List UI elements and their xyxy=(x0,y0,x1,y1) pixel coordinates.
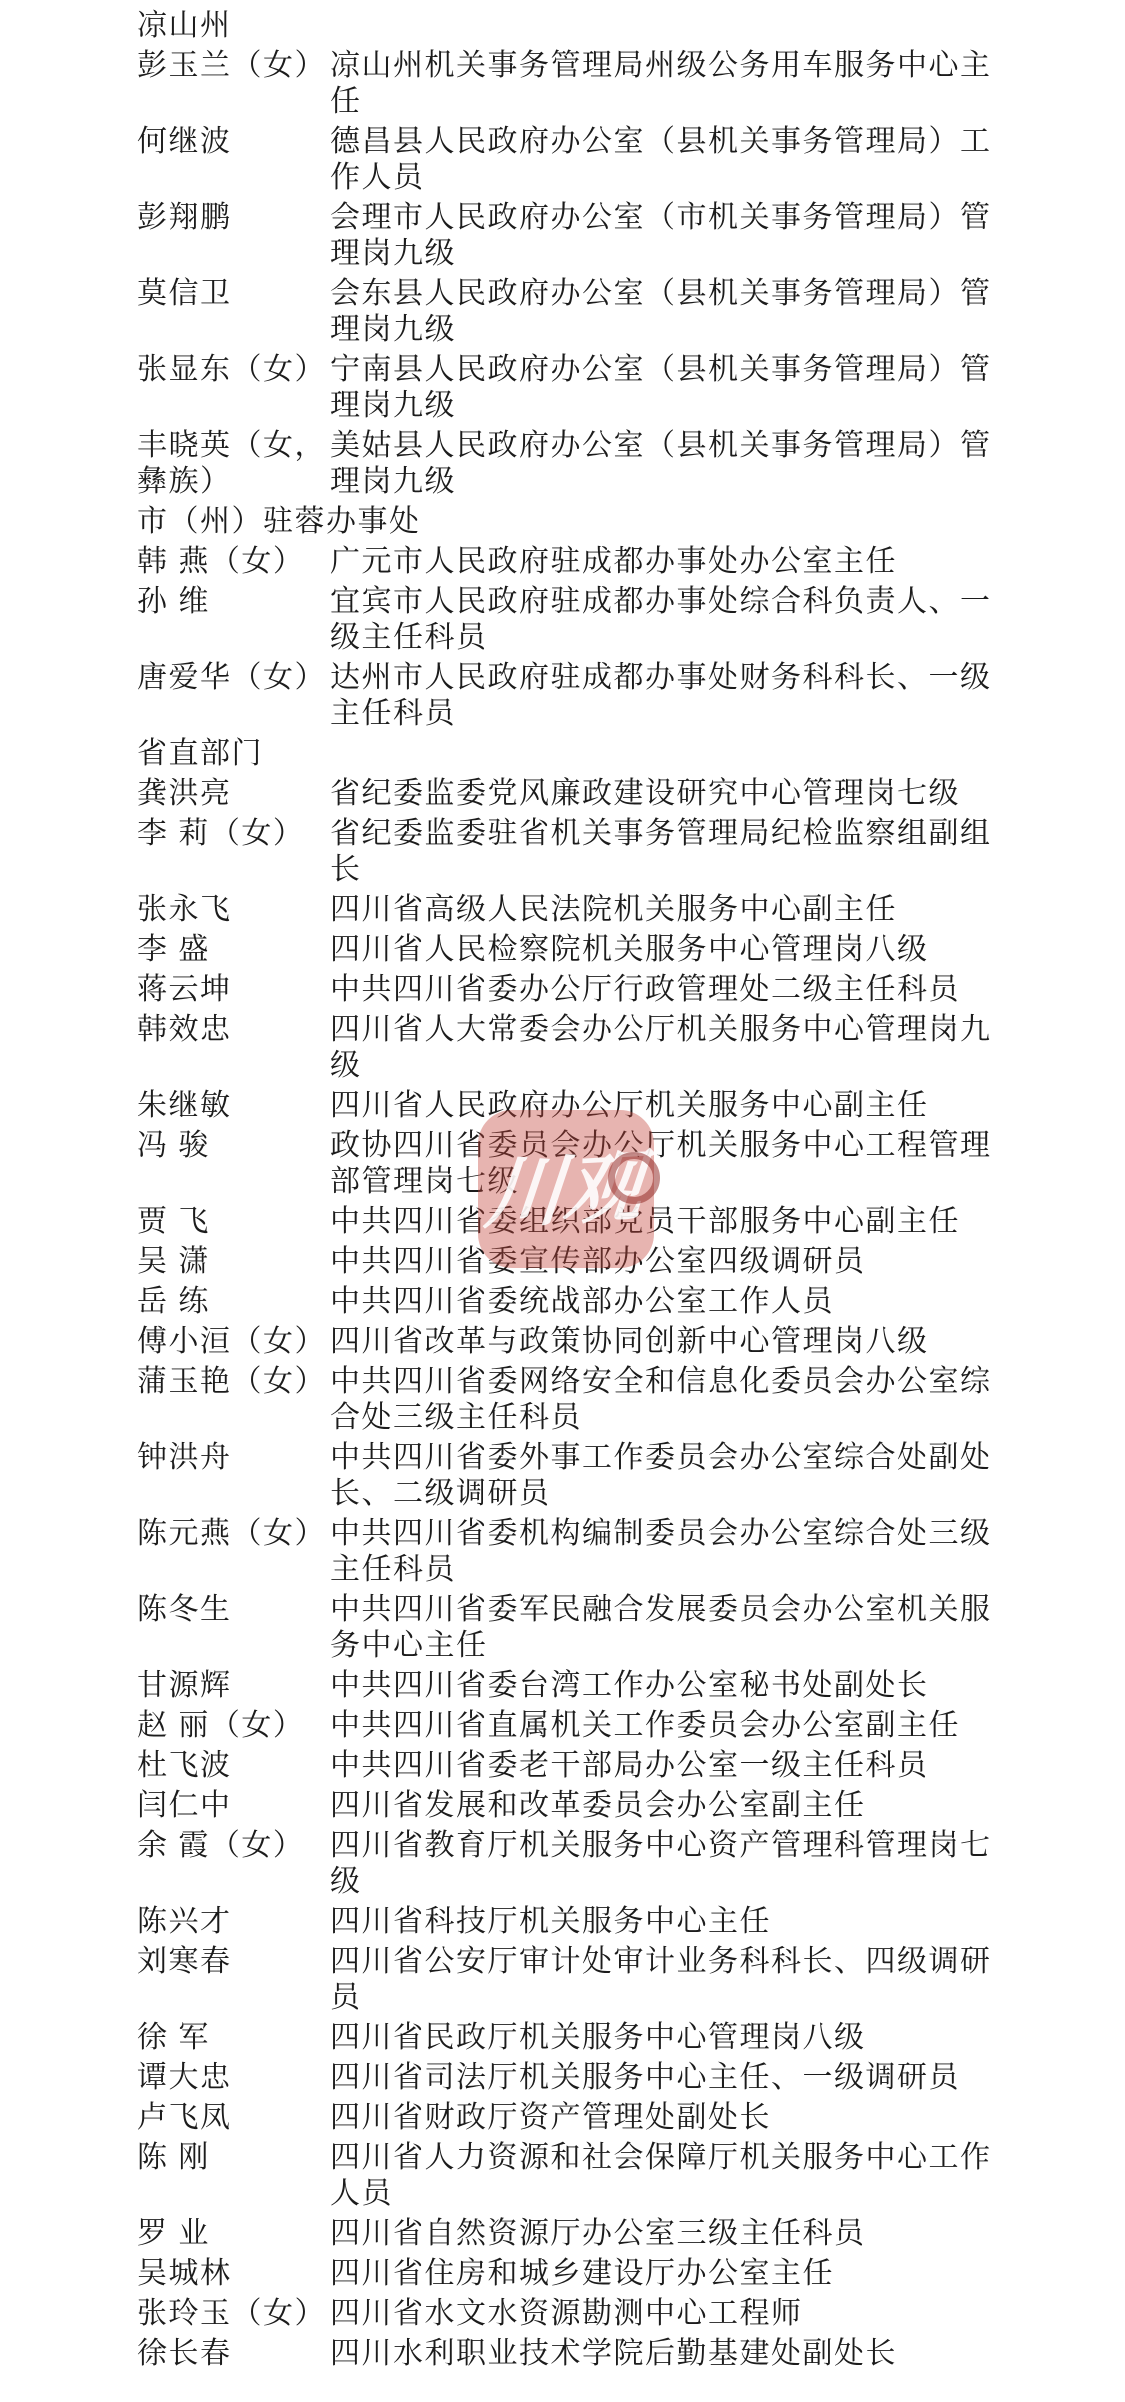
person-name: 何继波 xyxy=(137,124,330,160)
personnel-row: 贾 飞 中共四川省委组织部党员干部服务中心副主任 xyxy=(137,1204,1125,1240)
person-position: 中共四川省委网络安全和信息化委员会办公室综合处三级主任科员 xyxy=(330,1364,1010,1436)
person-name: 卢飞凤 xyxy=(137,2100,330,2136)
person-position: 省纪委监委驻省机关事务管理局纪检监察组副组长 xyxy=(330,816,1010,888)
person-name: 彭翔鹏 xyxy=(137,200,330,236)
personnel-row: 李 莉（女） 省纪委监委驻省机关事务管理局纪检监察组副组长 xyxy=(137,816,1125,888)
person-name: 徐 军 xyxy=(137,2020,330,2056)
person-position: 四川省自然资源厅办公室三级主任科员 xyxy=(330,2216,1010,2252)
person-name: 罗 业 xyxy=(137,2216,330,2252)
personnel-row: 韩 燕（女） 广元市人民政府驻成都办事处办公室主任 xyxy=(137,544,1125,580)
person-name: 岳 练 xyxy=(137,1284,330,1320)
person-name: 龚洪亮 xyxy=(137,776,330,812)
person-position: 中共四川省委宣传部办公室四级调研员 xyxy=(330,1244,1010,1280)
person-name: 韩效忠 xyxy=(137,1012,330,1048)
person-position: 四川省发展和改革委员会办公室副主任 xyxy=(330,1788,1010,1824)
person-name: 钟洪舟 xyxy=(137,1440,330,1476)
personnel-row: 孙 维 宜宾市人民政府驻成都办事处综合科负责人、一级主任科员 xyxy=(137,584,1125,656)
person-position: 中共四川省委外事工作委员会办公室综合处副处长、二级调研员 xyxy=(330,1440,1010,1512)
person-name: 冯 骏 xyxy=(137,1128,330,1164)
personnel-row: 陈兴才 四川省科技厅机关服务中心主任 xyxy=(137,1904,1125,1940)
personnel-row: 闫仁中 四川省发展和改革委员会办公室副主任 xyxy=(137,1788,1125,1824)
person-name: 蒋云坤 xyxy=(137,972,330,1008)
person-position: 会东县人民政府办公室（县机关事务管理局）管理岗九级 xyxy=(330,276,1010,348)
person-position: 中共四川省委组织部党员干部服务中心副主任 xyxy=(330,1204,1010,1240)
person-position: 四川省民政厅机关服务中心管理岗八级 xyxy=(330,2020,1010,2056)
personnel-row: 冯 骏 政协四川省委员会办公厅机关服务中心工程管理部管理岗七级 xyxy=(137,1128,1125,1200)
personnel-row: 何继波 德昌县人民政府办公室（县机关事务管理局）工作人员 xyxy=(137,124,1125,196)
personnel-row: 莫信卫 会东县人民政府办公室（县机关事务管理局）管理岗九级 xyxy=(137,276,1125,348)
person-name: 陈 刚 xyxy=(137,2140,330,2176)
personnel-row: 张永飞 四川省高级人民法院机关服务中心副主任 xyxy=(137,892,1125,928)
person-position: 四川省司法厅机关服务中心主任、一级调研员 xyxy=(330,2060,1010,2096)
person-position: 达州市人民政府驻成都办事处财务科科长、一级主任科员 xyxy=(330,660,1010,732)
person-position: 中共四川省委老干部局办公室一级主任科员 xyxy=(330,1748,1010,1784)
person-position: 中共四川省直属机关工作委员会办公室副主任 xyxy=(330,1708,1010,1744)
person-position: 四川省住房和城乡建设厅办公室主任 xyxy=(330,2256,1010,2292)
section-header: 市（州）驻蓉办事处 xyxy=(137,504,1125,540)
person-position: 中共四川省委军民融合发展委员会办公室机关服务中心主任 xyxy=(330,1592,1010,1664)
person-position: 四川省财政厅资产管理处副处长 xyxy=(330,2100,1010,2136)
person-position: 四川省高级人民法院机关服务中心副主任 xyxy=(330,892,1010,928)
person-position: 四川省教育厅机关服务中心资产管理科管理岗七级 xyxy=(330,1828,1010,1900)
personnel-row: 陈冬生 中共四川省委军民融合发展委员会办公室机关服务中心主任 xyxy=(137,1592,1125,1664)
person-position: 政协四川省委员会办公厅机关服务中心工程管理部管理岗七级 xyxy=(330,1128,1010,1200)
person-position: 宁南县人民政府办公室（县机关事务管理局）管理岗九级 xyxy=(330,352,1010,424)
person-name: 张玲玉（女） xyxy=(137,2296,330,2332)
personnel-row: 卢飞凤 四川省财政厅资产管理处副处长 xyxy=(137,2100,1125,2136)
person-name: 张永飞 xyxy=(137,892,330,928)
personnel-row: 岳 练 中共四川省委统战部办公室工作人员 xyxy=(137,1284,1125,1320)
personnel-row: 杜飞波 中共四川省委老干部局办公室一级主任科员 xyxy=(137,1748,1125,1784)
person-name: 陈元燕（女） xyxy=(137,1516,330,1552)
person-name: 吴城林 xyxy=(137,2256,330,2292)
person-name: 傅小洹（女） xyxy=(137,1324,330,1360)
person-position: 四川省水文水资源勘测中心工程师 xyxy=(330,2296,1010,2332)
person-position: 四川水利职业技术学院后勤基建处副处长 xyxy=(330,2336,1010,2372)
person-position: 德昌县人民政府办公室（县机关事务管理局）工作人员 xyxy=(330,124,1010,196)
personnel-row: 刘寒春 四川省公安厅审计处审计业务科科长、四级调研员 xyxy=(137,1944,1125,2016)
person-name: 陈兴才 xyxy=(137,1904,330,1940)
person-name: 李 盛 xyxy=(137,932,330,968)
personnel-row: 陈 刚 四川省人力资源和社会保障厅机关服务中心工作人员 xyxy=(137,2140,1125,2212)
person-name: 刘寒春 xyxy=(137,1944,330,1980)
person-position: 四川省改革与政策协同创新中心管理岗八级 xyxy=(330,1324,1010,1360)
person-position: 会理市人民政府办公室（市机关事务管理局）管理岗九级 xyxy=(330,200,1010,272)
person-name: 孙 维 xyxy=(137,584,330,620)
person-position: 四川省人民检察院机关服务中心管理岗八级 xyxy=(330,932,1010,968)
personnel-row: 陈元燕（女） 中共四川省委机构编制委员会办公室综合处三级主任科员 xyxy=(137,1516,1125,1588)
personnel-row: 徐 军 四川省民政厅机关服务中心管理岗八级 xyxy=(137,2020,1125,2056)
person-name: 张显东（女） xyxy=(137,352,330,388)
personnel-row: 蒋云坤 中共四川省委办公厅行政管理处二级主任科员 xyxy=(137,972,1125,1008)
personnel-list: 凉山州 彭玉兰（女） 凉山州机关事务管理局州级公务用车服务中心主任 何继波 德昌… xyxy=(0,0,1125,2402)
person-name: 丰晓英（女，彝族） xyxy=(137,428,330,500)
person-position: 美姑县人民政府办公室（县机关事务管理局）管理岗九级 xyxy=(330,428,1010,500)
person-name: 闫仁中 xyxy=(137,1788,330,1824)
person-position: 四川省公安厅审计处审计业务科科长、四级调研员 xyxy=(330,1944,1010,2016)
person-name: 朱继敏 xyxy=(137,1088,330,1124)
personnel-row: 朱继敏 四川省人民政府办公厅机关服务中心副主任 xyxy=(137,1088,1125,1124)
person-position: 宜宾市人民政府驻成都办事处综合科负责人、一级主任科员 xyxy=(330,584,1010,656)
person-name: 陈冬生 xyxy=(137,1592,330,1628)
person-name: 贾 飞 xyxy=(137,1204,330,1240)
person-position: 中共四川省委机构编制委员会办公室综合处三级主任科员 xyxy=(330,1516,1010,1588)
personnel-row: 彭翔鹏 会理市人民政府办公室（市机关事务管理局）管理岗九级 xyxy=(137,200,1125,272)
person-position: 四川省人大常委会办公厅机关服务中心管理岗九级 xyxy=(330,1012,1010,1084)
person-name: 莫信卫 xyxy=(137,276,330,312)
person-position: 广元市人民政府驻成都办事处办公室主任 xyxy=(330,544,1010,580)
personnel-row: 彭玉兰（女） 凉山州机关事务管理局州级公务用车服务中心主任 xyxy=(137,48,1125,120)
personnel-row: 李 盛 四川省人民检察院机关服务中心管理岗八级 xyxy=(137,932,1125,968)
personnel-row: 谭大忠 四川省司法厅机关服务中心主任、一级调研员 xyxy=(137,2060,1125,2096)
personnel-row: 张玲玉（女） 四川省水文水资源勘测中心工程师 xyxy=(137,2296,1125,2332)
person-name: 谭大忠 xyxy=(137,2060,330,2096)
personnel-row: 蒲玉艳（女） 中共四川省委网络安全和信息化委员会办公室综合处三级主任科员 xyxy=(137,1364,1125,1436)
person-name: 唐爱华（女） xyxy=(137,660,330,696)
person-position: 中共四川省委台湾工作办公室秘书处副处长 xyxy=(330,1668,1010,1704)
personnel-row: 唐爱华（女） 达州市人民政府驻成都办事处财务科科长、一级主任科员 xyxy=(137,660,1125,732)
person-position: 四川省科技厅机关服务中心主任 xyxy=(330,1904,1010,1940)
person-position: 中共四川省委统战部办公室工作人员 xyxy=(330,1284,1010,1320)
person-name: 彭玉兰（女） xyxy=(137,48,330,84)
section-header: 凉山州 xyxy=(137,8,1125,44)
personnel-row: 丰晓英（女，彝族） 美姑县人民政府办公室（县机关事务管理局）管理岗九级 xyxy=(137,428,1125,500)
person-name: 蒲玉艳（女） xyxy=(137,1364,330,1400)
personnel-row: 傅小洹（女） 四川省改革与政策协同创新中心管理岗八级 xyxy=(137,1324,1125,1360)
personnel-row: 钟洪舟 中共四川省委外事工作委员会办公室综合处副处长、二级调研员 xyxy=(137,1440,1125,1512)
section-header: 省直部门 xyxy=(137,736,1125,772)
person-name: 杜飞波 xyxy=(137,1748,330,1784)
personnel-row: 韩效忠 四川省人大常委会办公厅机关服务中心管理岗九级 xyxy=(137,1012,1125,1084)
person-name: 余 霞（女） xyxy=(137,1828,330,1864)
personnel-row: 龚洪亮 省纪委监委党风廉政建设研究中心管理岗七级 xyxy=(137,776,1125,812)
personnel-row: 赵 丽（女） 中共四川省直属机关工作委员会办公室副主任 xyxy=(137,1708,1125,1744)
person-position: 凉山州机关事务管理局州级公务用车服务中心主任 xyxy=(330,48,1010,120)
personnel-row: 甘源辉 中共四川省委台湾工作办公室秘书处副处长 xyxy=(137,1668,1125,1704)
person-name: 赵 丽（女） xyxy=(137,1708,330,1744)
person-name: 韩 燕（女） xyxy=(137,544,330,580)
person-name: 吴 潇 xyxy=(137,1244,330,1280)
personnel-row: 吴 潇 中共四川省委宣传部办公室四级调研员 xyxy=(137,1244,1125,1280)
personnel-row: 罗 业 四川省自然资源厅办公室三级主任科员 xyxy=(137,2216,1125,2252)
person-position: 四川省人民政府办公厅机关服务中心副主任 xyxy=(330,1088,1010,1124)
person-name: 甘源辉 xyxy=(137,1668,330,1704)
person-position: 四川省人力资源和社会保障厅机关服务中心工作人员 xyxy=(330,2140,1010,2212)
person-name: 李 莉（女） xyxy=(137,816,330,852)
person-position: 省纪委监委党风廉政建设研究中心管理岗七级 xyxy=(330,776,1010,812)
personnel-row: 余 霞（女） 四川省教育厅机关服务中心资产管理科管理岗七级 xyxy=(137,1828,1125,1900)
person-position: 中共四川省委办公厅行政管理处二级主任科员 xyxy=(330,972,1010,1008)
personnel-row: 徐长春 四川水利职业技术学院后勤基建处副处长 xyxy=(137,2336,1125,2372)
personnel-row: 张显东（女） 宁南县人民政府办公室（县机关事务管理局）管理岗九级 xyxy=(137,352,1125,424)
personnel-row: 吴城林 四川省住房和城乡建设厅办公室主任 xyxy=(137,2256,1125,2292)
person-name: 徐长春 xyxy=(137,2336,330,2372)
